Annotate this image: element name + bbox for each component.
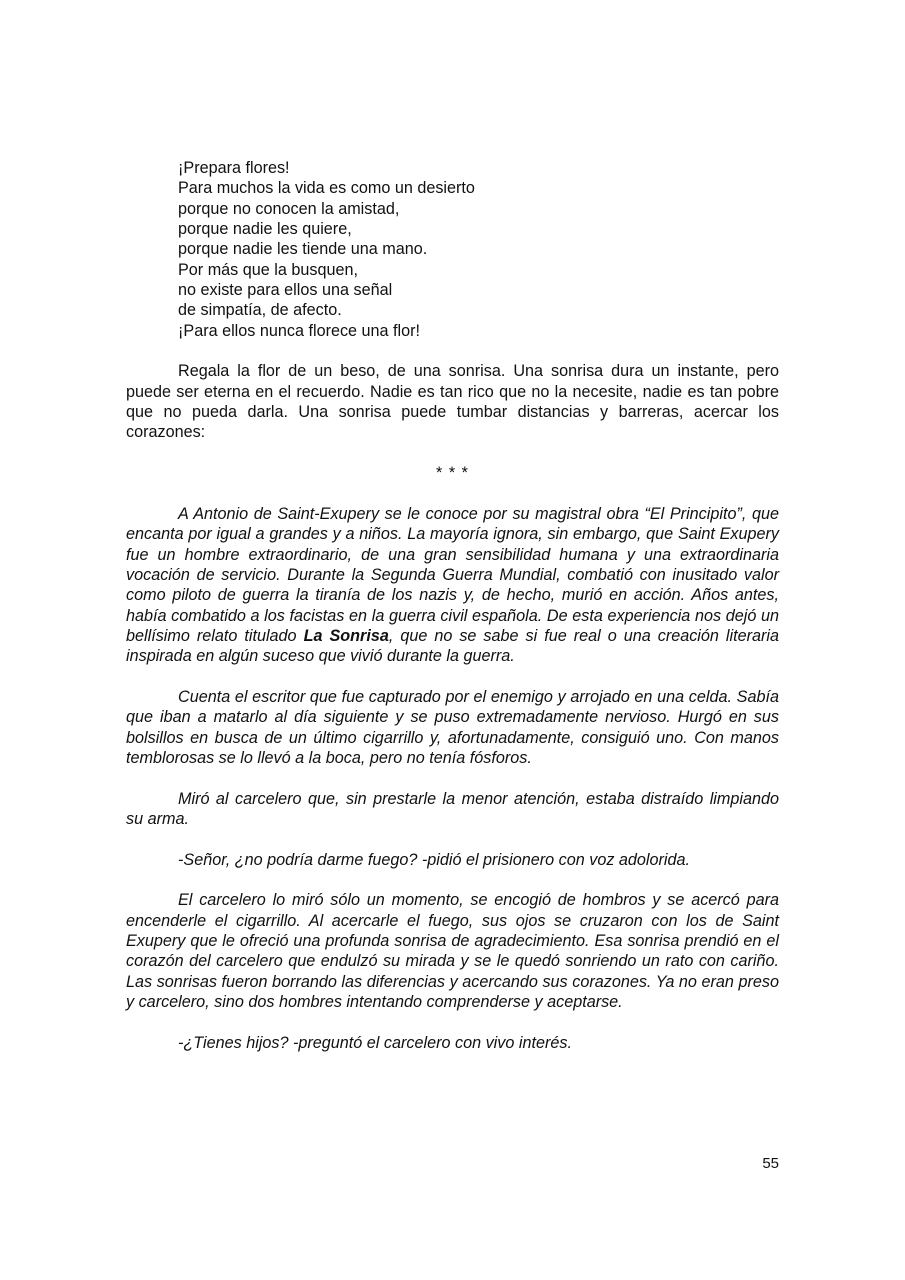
- page-number: 55: [740, 1154, 779, 1174]
- dialogue-hijos: -¿Tienes hijos? -preguntó el carcelero c…: [126, 1033, 779, 1053]
- paragraph-regala: Regala la flor de un beso, de una sonris…: [126, 361, 779, 442]
- poem-line: ¡Para ellos nunca florece una flor!: [178, 321, 779, 341]
- poem-line: porque no conocen la amistad,: [178, 199, 779, 219]
- paragraph-carcelero: El carcelero lo miró sólo un momento, se…: [126, 890, 779, 1012]
- paragraph-cuenta: Cuenta el escritor que fue capturado por…: [126, 687, 779, 768]
- poem-line: no existe para ellos una señal: [178, 280, 779, 300]
- poem-line: porque nadie les quiere,: [178, 219, 779, 239]
- poem-line: porque nadie les tiende una mano.: [178, 239, 779, 259]
- poem-line: Para muchos la vida es como un desierto: [178, 178, 779, 198]
- poem-line: Por más que la busquen,: [178, 260, 779, 280]
- paragraph-miro: Miró al carcelero que, sin prestarle la …: [126, 789, 779, 830]
- section-separator: * * *: [126, 463, 779, 483]
- story-title: La Sonrisa: [304, 627, 389, 645]
- paragraph-text: A Antonio de Saint-Exupery se le conoce …: [126, 505, 779, 645]
- poem-line: de simpatía, de afecto.: [178, 300, 779, 320]
- dialogue-senor: -Señor, ¿no podría darme fuego? -pidió e…: [126, 850, 779, 870]
- page-body: ¡Prepara flores! Para muchos la vida es …: [126, 158, 779, 1053]
- poem-line: ¡Prepara flores!: [178, 158, 779, 178]
- paragraph-saint-exupery: A Antonio de Saint-Exupery se le conoce …: [126, 504, 779, 667]
- poem: ¡Prepara flores! Para muchos la vida es …: [178, 158, 779, 341]
